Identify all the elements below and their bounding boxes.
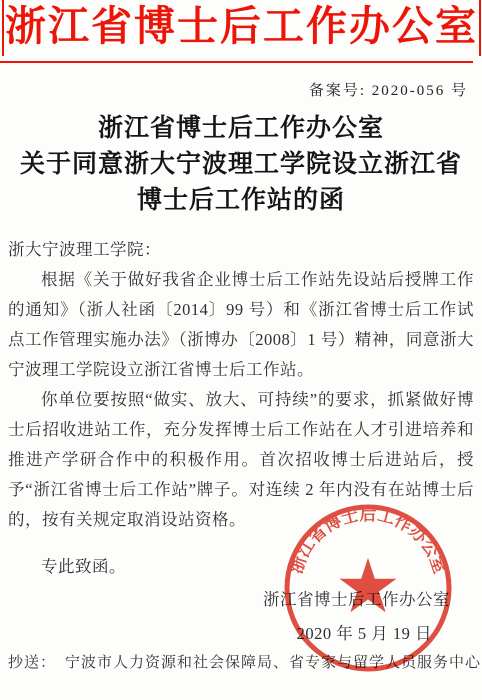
cc-label: 抄送： bbox=[8, 655, 56, 671]
letterhead-rule bbox=[0, 61, 473, 63]
body-paragraph-2: 你单位要按照“做实、放大、可持续”的要求，抓紧做好博士后招收进站工作，充分发挥博… bbox=[8, 385, 474, 535]
signature-date: 2020 年 5 月 19 日 bbox=[0, 619, 482, 649]
document-title-line3: 博士后工作站的函 bbox=[0, 183, 482, 219]
salutation: 浙大宁波理工学院： bbox=[8, 235, 474, 265]
letterhead-org-name: 浙江省博士后工作办公室 bbox=[5, 0, 478, 52]
document-title: 浙江省博士后工作办公室 关于同意浙大宁波理工学院设立浙江省 博士后工作站的函 bbox=[0, 111, 482, 219]
signature-block: 浙江省博士后工作办公室 2020 年 5 月 19 日 bbox=[0, 585, 482, 649]
signature-org: 浙江省博士后工作办公室 bbox=[0, 585, 482, 615]
official-letter-document: 浙江省博士后工作办公室 备案号: 2020-056 号 浙江省博士后工作办公室 … bbox=[0, 0, 482, 700]
cc-recipients: 宁波市人力资源和社会保障局、省专家与留学人员服务中心 bbox=[65, 655, 481, 671]
document-title-line2: 关于同意浙大宁波理工学院设立浙江省 bbox=[0, 147, 482, 183]
filing-number: 备案号: 2020-056 号 bbox=[0, 79, 482, 100]
cc-line: 抄送：宁波市人力资源和社会保障局、省专家与留学人员服务中心 bbox=[8, 651, 481, 672]
body-paragraph-1: 根据《关于做好我省企业博士后工作站先设站后授牌工作的通知》（浙人社函〔2014〕… bbox=[8, 265, 474, 385]
closing-phrase: 专此致函。 bbox=[8, 535, 474, 582]
letterhead-box: 浙江省博士后工作办公室 bbox=[2, 0, 481, 56]
letter-body: 浙大宁波理工学院： 根据《关于做好我省企业博士后工作站先设站后授牌工作的通知》（… bbox=[8, 235, 474, 535]
document-title-line1: 浙江省博士后工作办公室 bbox=[0, 111, 482, 147]
